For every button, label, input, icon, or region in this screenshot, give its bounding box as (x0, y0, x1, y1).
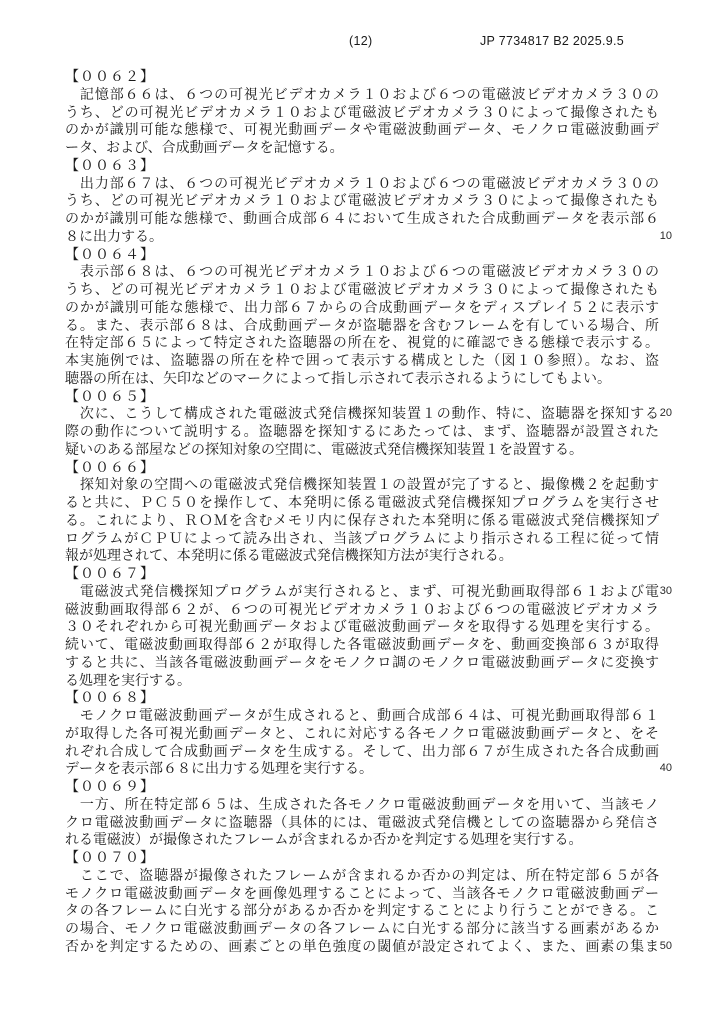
paragraph-number: 【００６４】 (65, 246, 659, 264)
text-line: れぞれ合成して合成動画データを生成する。そして、出力部６７が生成された各合成動画 (65, 743, 659, 761)
page-sheet-number: (12) (349, 34, 372, 49)
paragraph-number: 【００６５】 (65, 388, 659, 406)
text-line: モノクロ電磁波動画データを画像処理することによって、当該各モノクロ電磁波動画デー (65, 885, 659, 903)
text-line: 次に、こうして構成された電磁波式発信機探知装置１の動作、特に、盗聴器を探知する (65, 405, 659, 423)
text-line: 否かを判定するための、画素ごとの単色強度の閾値が設定されてよく、また、画素の集ま (65, 938, 659, 956)
text-line: 在特定部６５によって特定された盗聴器の所在を、視覚的に確認できる態様で表示する。 (65, 334, 659, 352)
text-line: る。これにより、ＲＯＭを含むメモリ内に保存された本発明に係る電磁波式発信機探知プ (65, 512, 659, 530)
text-line: うち、どの可視光ビデオカメラ１０および電磁波ビデオカメラ３０によって撮像されたも (65, 281, 659, 299)
text-line: うち、どの可視光ビデオカメラ１０および電磁波ビデオカメラ３０によって撮像されたも (65, 104, 659, 122)
text-line: 一方、所在特定部６５は、生成された各モノクロ電磁波動画データを用いて、当該モノ (65, 796, 659, 814)
text-line: 出力部６７は、６つの可視光ビデオカメラ１０および６つの電磁波ビデオカメラ３０の (65, 175, 659, 193)
line-number: 10 (650, 228, 672, 246)
text-line: うち、どの可視光ビデオカメラ１０および電磁波ビデオカメラ３０によって撮像されたも (65, 192, 659, 210)
line-number: 50 (650, 938, 672, 956)
text-line: のかが識別可能な態様で、出力部６７からの合成動画データをディスプレイ５２に表示す (65, 299, 659, 317)
text-line: ８に出力する。 (65, 228, 659, 246)
text-line: 電磁波式発信機探知プログラムが実行されると、まず、可視光動画取得部６１および電 (65, 583, 659, 601)
text-line: る処理を実行する。 (65, 672, 659, 690)
text-line: ログラムがＣＰＵによって読み出され、当該プログラムにより指示される工程に従って情 (65, 530, 659, 548)
text-line: データを表示部６８に出力する処理を実行する。 (65, 760, 659, 778)
text-line: 際の動作について説明する。盗聴器を探知するにあたっては、まず、盗聴器が設置された (65, 423, 659, 441)
text-line: ると共に、ＰＣ５０を操作して、本発明に係る電磁波式発信機探知プログラムを実行させ (65, 494, 659, 512)
text-line: 疑いのある部屋などの探知対象の空間に、電磁波式発信機探知装置１を設置する。 (65, 441, 659, 459)
patent-document-page: (12) JP 7734817 B2 2025.9.5 【００６２】 記憶部６６… (0, 0, 724, 1024)
text-line: 表示部６８は、６つの可視光ビデオカメラ１０および６つの電磁波ビデオカメラ３０の (65, 263, 659, 281)
text-line: ータ、および、合成動画データを記憶する。 (65, 139, 659, 157)
text-line: が取得した各可視光動画データと、これに対応する各モノクロ電磁波動画データと、をそ (65, 725, 659, 743)
line-number: 40 (650, 760, 672, 778)
paragraph-number: 【００６３】 (65, 157, 659, 175)
paragraph-number: 【００６７】 (65, 565, 659, 583)
text-line: 続いて、電磁波動画取得部６２が取得した各電磁波動画データを、動画変換部６３が取得 (65, 636, 659, 654)
text-line: れる電磁波）が撮像されたフレームが含まれるか否かを判定する処理を実行する。 (65, 831, 659, 849)
paragraph-number: 【００６６】 (65, 459, 659, 477)
text-line: ここで、盗聴器が撮像されたフレームが含まれるか否かの判定は、所在特定部６５が各 (65, 867, 659, 885)
document-body: 【００６２】 記憶部６６は、６つの可視光ビデオカメラ１０および６つの電磁波ビデオ… (65, 68, 659, 956)
text-line: クロ電磁波動画データに盗聴器（具体的には、電磁波式発信機としての盗聴器から発信さ (65, 814, 659, 832)
text-line: のかが識別可能な態様で、動画合成部６４において生成された合成動画データを表示部６ (65, 210, 659, 228)
text-line: のかが識別可能な態様で、可視光動画データや電磁波動画データ、モノクロ電磁波動画デ (65, 121, 659, 139)
paragraph-number: 【００６２】 (65, 68, 659, 86)
line-number: 20 (650, 405, 672, 423)
paragraph-number: 【００６９】 (65, 778, 659, 796)
text-line: 記憶部６６は、６つの可視光ビデオカメラ１０および６つの電磁波ビデオカメラ３０の (65, 86, 659, 104)
paragraph-number: 【００６８】 (65, 689, 659, 707)
text-line: すると共に、当該各電磁波動画データをモノクロ調のモノクロ電磁波動画データに変換す (65, 654, 659, 672)
text-line: 磁波動画取得部６２が、６つの可視光ビデオカメラ１０および６つの電磁波ビデオカメラ (65, 601, 659, 619)
text-line: の場合、モノクロ電磁波動画データの各フレームに白光する部分に該当する画素があるか (65, 920, 659, 938)
text-line: 聴器の所在は、矢印などのマークによって指し示されて表示されるようにしてもよい。 (65, 370, 659, 388)
line-number: 30 (650, 583, 672, 601)
paragraph-number: 【００７０】 (65, 849, 659, 867)
publication-number: JP 7734817 B2 2025.9.5 (480, 34, 624, 49)
text-line: 探知対象の空間への電磁波式発信機探知装置１の設置が完了すると、撮像機２を起動す (65, 476, 659, 494)
text-line: る。また、表示部６８は、合成動画データが盗聴器を含むフレームを有している場合、所 (65, 317, 659, 335)
text-line: モノクロ電磁波動画データが生成されると、動画合成部６４は、可視光動画取得部６１ (65, 707, 659, 725)
text-line: ３０それぞれから可視光動画データおよび電磁波動画データを取得する処理を実行する。 (65, 618, 659, 636)
text-line: タの各フレームに白光する部分があるか否かを判定することにより行うことができる。こ (65, 902, 659, 920)
text-line: 報が処理されて、本発明に係る電磁波式発信機探知方法が実行される。 (65, 547, 659, 565)
text-line: 本実施例では、盗聴器の所在を枠で囲って表示する構成とした（図１０参照）。なお、盗 (65, 352, 659, 370)
